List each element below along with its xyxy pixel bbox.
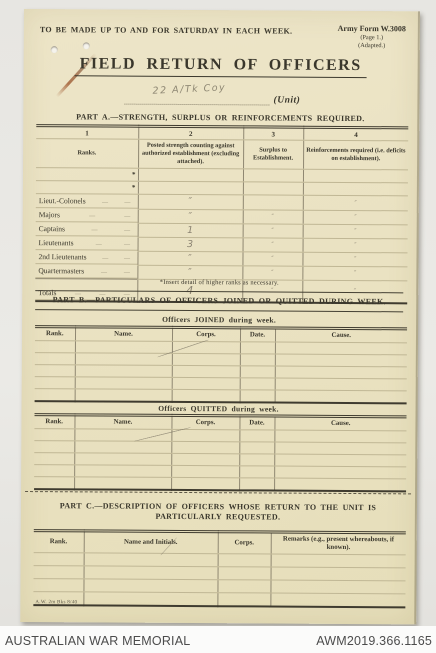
empty-cell	[74, 477, 171, 490]
empty-cell	[138, 181, 243, 195]
rank-cell: Lieutenants——	[36, 236, 138, 251]
pencil-mark: ″	[243, 237, 303, 251]
unit-line: 22 A/Tk Coy (Unit)	[15, 89, 409, 106]
pencil-value: ″	[138, 194, 243, 209]
column-header: Rank.	[34, 415, 74, 429]
rank-cell: Quartermasters——	[35, 264, 137, 279]
empty-cell	[274, 454, 406, 467]
empty-cell	[75, 353, 172, 366]
pencil-mark: ″	[303, 224, 408, 239]
empty-cell	[84, 566, 218, 580]
empty-cell	[75, 365, 172, 378]
form-adapted-note: (Adapted.)	[338, 42, 406, 50]
column-number: 2	[138, 126, 243, 140]
column-number: 1	[36, 126, 138, 140]
empty-cell	[75, 389, 172, 402]
column-header: Reinforcements required (i.e. deficits o…	[303, 140, 408, 170]
empty-cell	[240, 354, 275, 366]
pencil-mark: ″	[302, 252, 407, 267]
empty-cell	[275, 342, 407, 355]
empty-cell	[217, 593, 270, 607]
empty-cell	[171, 465, 239, 477]
leader-dash: —	[92, 227, 98, 233]
column-header: Rank.	[34, 531, 84, 553]
officers-quitted-table: Rank. Name. Corps. Date. Cause.	[34, 413, 406, 492]
empty-cell	[138, 168, 243, 182]
empty-cell	[34, 477, 74, 490]
pencil-value: ″	[138, 209, 243, 224]
part-c-heading: PART C.—DESCRIPTION OF OFFICERS WHOSE RE…	[48, 501, 388, 524]
leader-dash: —	[124, 270, 130, 276]
column-header: Date.	[239, 416, 274, 430]
empty-cell	[171, 453, 239, 465]
pencil-value: ″	[137, 251, 242, 266]
leader-dash: —	[96, 241, 102, 247]
empty-cell	[218, 567, 271, 580]
asterisk-cell: *	[36, 168, 138, 182]
caption-accession-number: AWM2019.366.1165	[316, 634, 432, 648]
column-header-row: Rank. Name and Initials. Corps. Remarks …	[34, 531, 406, 555]
empty-cell	[34, 429, 74, 441]
empty-cell	[303, 169, 408, 183]
table-row	[33, 592, 405, 608]
empty-cell	[74, 453, 171, 466]
rank-label: Captains	[39, 224, 65, 233]
part-a-table: 1 2 3 4 Ranks. Posted strength counting …	[35, 124, 408, 304]
form-page: TO BE MADE UP TO AND FOR SATURDAY IN EAC…	[20, 9, 420, 624]
pencil-mark: ″	[302, 266, 407, 281]
empty-cell	[274, 466, 406, 479]
empty-cell	[240, 342, 275, 354]
empty-cell	[33, 579, 83, 592]
leader-dash: —	[102, 199, 108, 205]
empty-cell	[217, 580, 270, 593]
column-header: Ranks.	[36, 139, 138, 169]
leader-dash: —	[124, 214, 130, 220]
part-b-heading: PART B.—PARTICULARS OF OFFICERS JOINED O…	[22, 295, 416, 306]
empty-cell	[240, 390, 275, 403]
empty-cell	[171, 429, 239, 441]
part-a-heading: PART A.—STRENGTH, SURPLUS OR REINFORCEME…	[23, 112, 417, 123]
pencil-mark: ″	[242, 265, 302, 279]
empty-cell	[84, 553, 218, 567]
pencil-mark: ″	[242, 251, 302, 265]
column-header: Posted strength counting against authori…	[138, 139, 243, 169]
empty-cell	[243, 182, 303, 195]
empty-cell	[271, 567, 406, 581]
empty-cell	[274, 478, 406, 491]
punch-hole	[83, 42, 90, 49]
empty-cell	[275, 366, 407, 379]
column-header: Cause.	[274, 416, 406, 431]
printer-imprint: A.W. 2m Bks 8/40	[35, 600, 77, 605]
empty-cell	[303, 182, 408, 196]
pencil-mark: ″	[303, 210, 408, 225]
pencil-value: 3	[138, 237, 243, 252]
unit-label: (Unit)	[274, 96, 301, 106]
column-header: Name.	[74, 415, 171, 430]
empty-cell	[35, 377, 75, 389]
column-header-row: Ranks. Posted strength counting against …	[36, 139, 408, 170]
empty-cell	[75, 377, 172, 390]
empty-cell	[274, 442, 406, 455]
empty-cell	[34, 453, 74, 465]
table-row	[35, 389, 407, 404]
leader-dash: —	[89, 213, 95, 219]
empty-cell	[270, 593, 405, 607]
pencil-mark: ″	[243, 223, 303, 237]
form-instruction: TO BE MADE UP TO AND FOR SATURDAY IN EAC…	[40, 25, 293, 36]
form-title: FIELD RETURN OF OFFICERS	[75, 55, 367, 78]
column-header: Cause.	[275, 328, 407, 343]
pencil-value: 1	[138, 223, 243, 238]
caption-source: AUSTRALIAN WAR MEMORIAL	[5, 634, 190, 648]
empty-cell	[271, 554, 406, 568]
empty-cell	[83, 592, 217, 606]
column-header: Corps.	[218, 532, 271, 554]
rank-cell: Majors——	[36, 208, 138, 223]
column-number: 3	[243, 127, 303, 140]
leader-dash: —	[102, 255, 108, 261]
column-header: Remarks (e.g., present whereabouts, if k…	[271, 532, 406, 555]
column-header: Name.	[75, 327, 172, 342]
column-number: 4	[303, 127, 408, 141]
empty-cell	[172, 377, 240, 389]
pencil-mark: ″	[303, 238, 408, 253]
empty-cell	[239, 430, 274, 442]
empty-cell	[239, 478, 274, 491]
empty-cell	[240, 366, 275, 378]
pencil-mark	[243, 195, 303, 210]
officers-joined-table: Rank. Name. Corps. Date. Cause.	[35, 325, 407, 404]
empty-cell	[34, 441, 74, 453]
empty-cell	[240, 378, 275, 390]
form-title-row: FIELD RETURN OF OFFICERS	[24, 55, 418, 78]
empty-cell	[74, 465, 171, 478]
empty-cell	[172, 365, 240, 377]
pencil-value: ″	[137, 265, 242, 280]
column-header: Surplus to Establishment.	[243, 140, 303, 169]
column-header: Date.	[240, 328, 275, 342]
rank-label: Quartermasters	[38, 266, 84, 275]
punch-hole	[51, 46, 58, 53]
leader-dash: —	[124, 228, 130, 234]
leader-dash: —	[124, 200, 130, 206]
unit-dotted-line: 22 A/Tk Coy	[125, 90, 270, 106]
empty-cell	[171, 441, 239, 453]
empty-cell	[35, 365, 75, 377]
column-header: Corps.	[171, 415, 239, 429]
empty-cell	[172, 353, 240, 365]
pencil-mark: ″	[243, 209, 303, 223]
empty-cell	[218, 554, 271, 567]
rank-label: 2nd Lieutenants	[38, 252, 86, 261]
leader-dash: —	[101, 269, 107, 275]
empty-cell	[275, 354, 407, 367]
empty-cell	[35, 341, 75, 353]
rank-cell: 2nd Lieutenants——	[35, 250, 137, 265]
empty-cell	[274, 430, 406, 443]
form-number: Army Form W.3008	[338, 24, 406, 34]
rank-cell: Lieut.-Colonels——	[36, 194, 138, 209]
officers-joined-title: Officers JOINED during week.	[22, 314, 416, 325]
leader-dash: —	[124, 242, 130, 248]
unit-handwriting: 22 A/Tk Coy	[152, 82, 226, 96]
rank-cell: Captains——	[36, 222, 138, 237]
empty-cell	[275, 378, 407, 391]
empty-cell	[239, 442, 274, 454]
empty-cell	[74, 441, 171, 454]
empty-cell	[172, 389, 240, 402]
empty-cell	[239, 466, 274, 478]
archive-caption-bar: AUSTRALIAN WAR MEMORIAL AWM2019.366.1165	[0, 626, 436, 653]
empty-cell	[75, 341, 172, 354]
empty-cell	[83, 579, 217, 593]
part-c-table: Rank. Name and Initials. Corps. Remarks …	[33, 529, 405, 608]
divider-rule	[35, 309, 403, 312]
empty-cell	[243, 169, 303, 182]
empty-cell	[35, 389, 75, 402]
column-header: Rank.	[35, 327, 75, 341]
form-reference: Army Form W.3008 (Page 1.) (Adapted.)	[338, 24, 406, 50]
empty-cell	[34, 566, 84, 579]
column-header: Name and Initials.	[84, 531, 218, 554]
empty-cell	[171, 477, 239, 490]
empty-cell	[275, 390, 407, 403]
table-row	[34, 477, 406, 492]
pencil-mark: ″	[303, 195, 408, 210]
leader-dash: —	[124, 256, 130, 262]
empty-cell	[239, 454, 274, 466]
rank-label: Majors	[39, 210, 60, 219]
asterisk-cell: *	[36, 181, 138, 195]
empty-cell	[35, 353, 75, 365]
empty-cell	[34, 553, 84, 566]
rank-label: Lieutenants	[39, 238, 74, 247]
empty-cell	[34, 465, 74, 477]
empty-cell	[270, 580, 405, 594]
rank-label: Lieut.-Colonels	[39, 196, 86, 205]
